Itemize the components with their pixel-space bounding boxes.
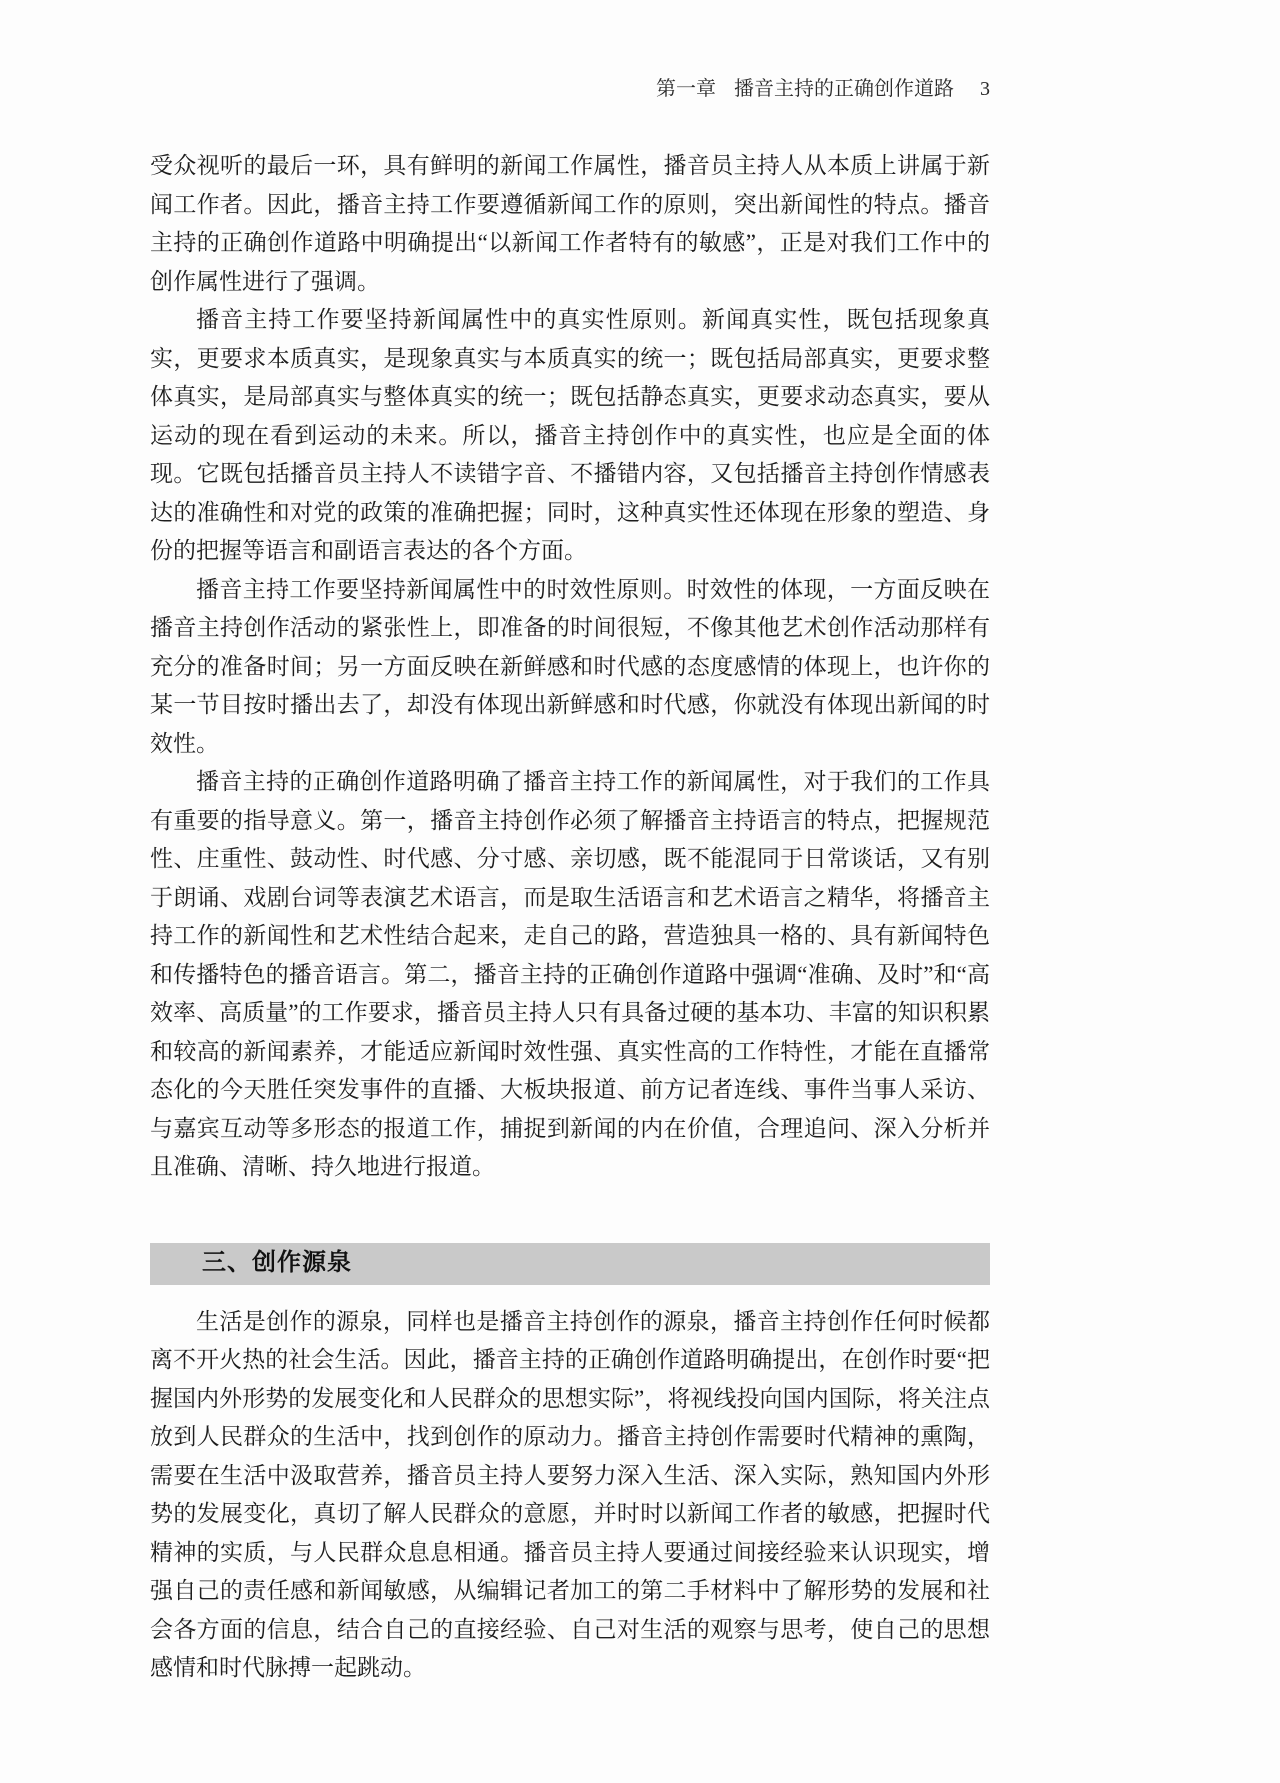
chapter-title: 播音主持的正确创作道路 [734, 78, 954, 100]
running-header: 第一章播音主持的正确创作道路3 [150, 72, 990, 101]
paragraph-continued: 受众视听的最后一环，具有鲜明的新闻工作属性，播音员主持人从本质上讲属于新闻工作者… [150, 147, 990, 301]
paragraph-timeliness-principle: 播音主持工作要坚持新闻属性中的时效性原则。时效性的体现，一方面反映在播音主持创作… [150, 571, 990, 764]
page-number: 3 [980, 78, 990, 100]
paragraph-creative-source: 生活是创作的源泉，同样也是播音主持创作的源泉，播音主持创作任何时候都离不开火热的… [150, 1303, 990, 1688]
paragraph-guiding-significance: 播音主持的正确创作道路明确了播音主持工作的新闻属性，对于我们的工作具有重要的指导… [150, 763, 990, 1187]
section-heading: 三、创作源泉 [150, 1244, 352, 1283]
page-body: 受众视听的最后一环，具有鲜明的新闻工作属性，播音员主持人从本质上讲属于新闻工作者… [150, 147, 990, 1688]
section-heading-bar: 三、创作源泉 [150, 1243, 990, 1285]
book-page: 第一章播音主持的正确创作道路3 受众视听的最后一环，具有鲜明的新闻工作属性，播音… [0, 0, 1280, 1783]
chapter-label: 第一章 [656, 78, 716, 100]
paragraph-authenticity-principle: 播音主持工作要坚持新闻属性中的真实性原则。新闻真实性，既包括现象真实，更要求本质… [150, 301, 990, 571]
